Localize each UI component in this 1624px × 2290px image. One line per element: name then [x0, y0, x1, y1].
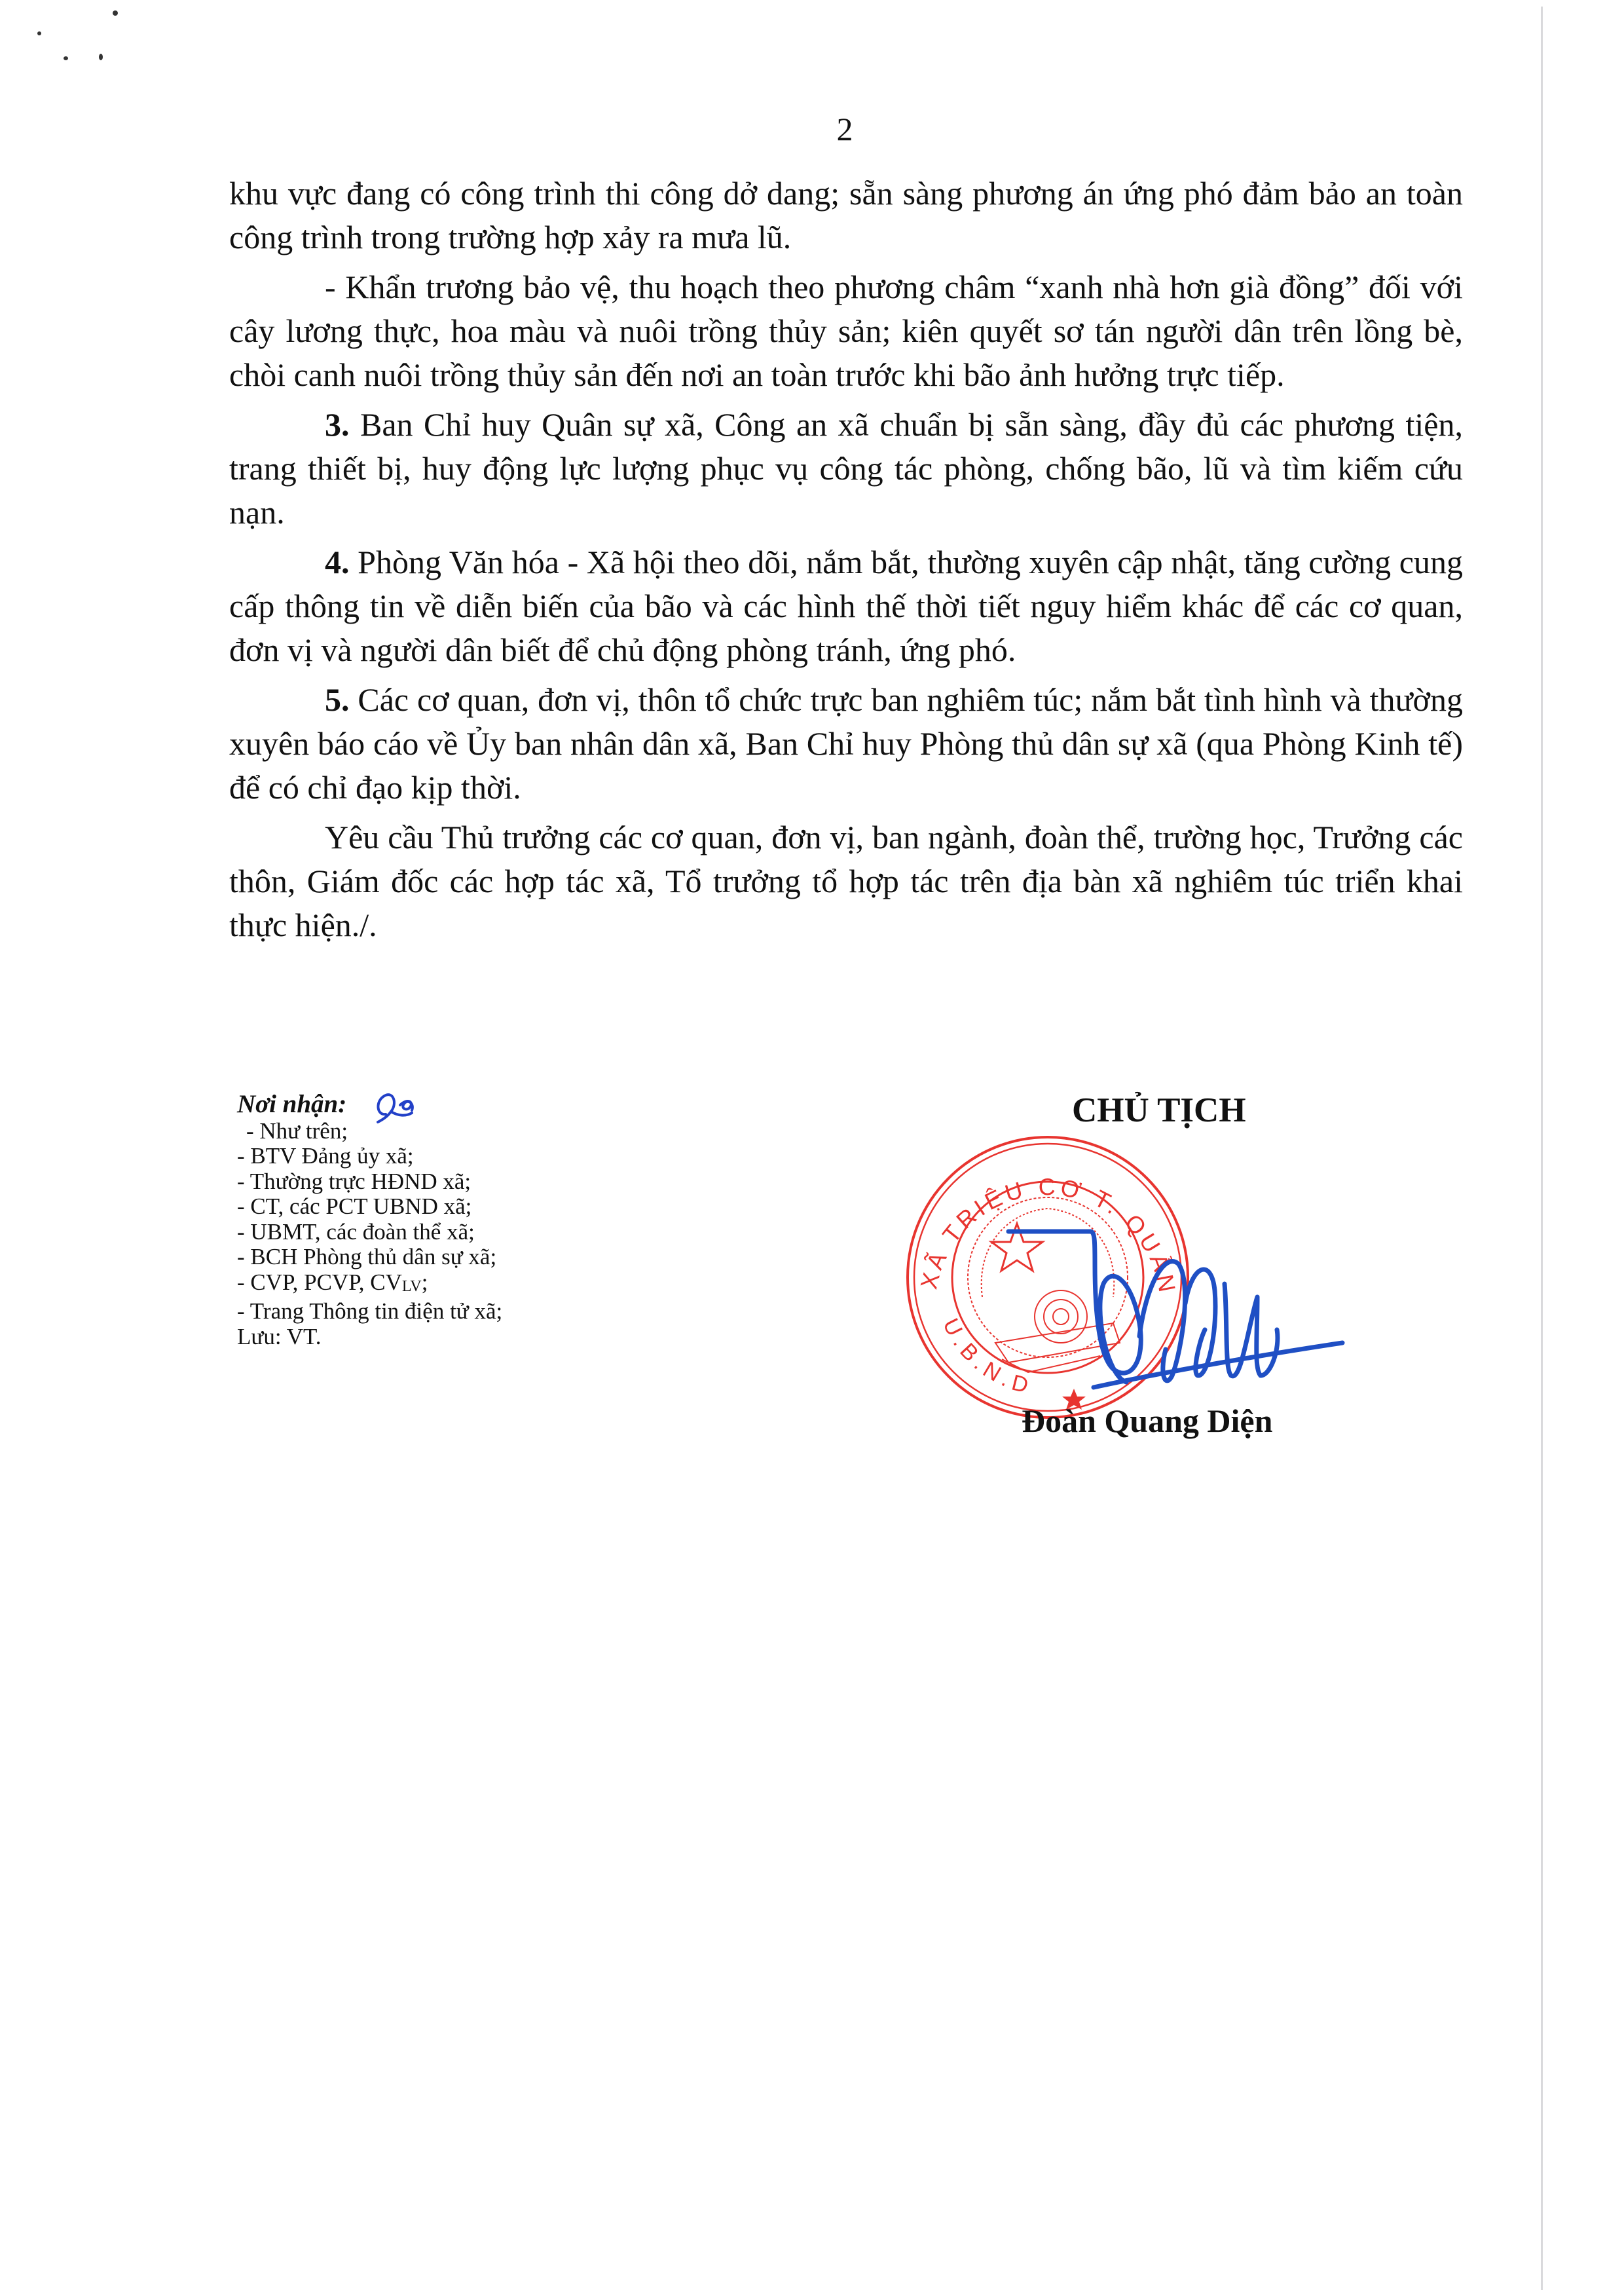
recipient-item: Lưu: VT.	[237, 1324, 502, 1350]
signer-name: Đoàn Quang Diện	[1022, 1402, 1272, 1440]
recipient-item: - BCH Phòng thủ dân sự xã;	[237, 1245, 502, 1270]
page-number: 2	[0, 110, 1624, 148]
recipient-item: - CVP, PCVP, CVLV;	[237, 1270, 502, 1300]
document-body: khu vực đang có công trình thi công dở d…	[229, 172, 1463, 953]
signer-title: CHỦ TỊCH	[1072, 1091, 1246, 1130]
paragraph: 5. Các cơ quan, đơn vị, thôn tổ chức trự…	[229, 678, 1463, 810]
recipient-item: - Trang Thông tin điện tử xã;	[237, 1299, 502, 1324]
scan-speck	[99, 54, 103, 60]
paragraph: 4. Phòng Văn hóa - Xã hội theo dõi, nắm …	[229, 540, 1463, 672]
recipient-item: - Thường trực HĐND xã;	[237, 1169, 502, 1195]
handwritten-signature-icon	[950, 1179, 1356, 1415]
paragraph: khu vực đang có công trình thi công dở d…	[229, 172, 1463, 259]
scan-speck	[64, 56, 68, 60]
paragraph: - Khẩn trương bảo vệ, thu hoạch theo phư…	[229, 265, 1463, 397]
scan-edge-line	[1541, 7, 1543, 2290]
scan-speck	[37, 31, 41, 35]
paragraph: 3. Ban Chỉ huy Quân sự xã, Công an xã ch…	[229, 403, 1463, 535]
recipient-item: - BTV Đảng ủy xã;	[237, 1144, 502, 1169]
initials-mark-icon	[371, 1087, 424, 1126]
recipient-item: - CT, các PCT UBND xã;	[237, 1194, 502, 1220]
recipient-item: - Như trên;	[237, 1119, 502, 1144]
recipients-title: Nơi nhận:	[237, 1092, 502, 1117]
scan-speck	[113, 10, 118, 16]
paragraph: Yêu cầu Thủ trưởng các cơ quan, đơn vị, …	[229, 816, 1463, 947]
recipients-list: Nơi nhận: - Như trên; - BTV Đảng ủy xã; …	[237, 1092, 502, 1349]
recipient-item: - UBMT, các đoàn thể xã;	[237, 1220, 502, 1245]
